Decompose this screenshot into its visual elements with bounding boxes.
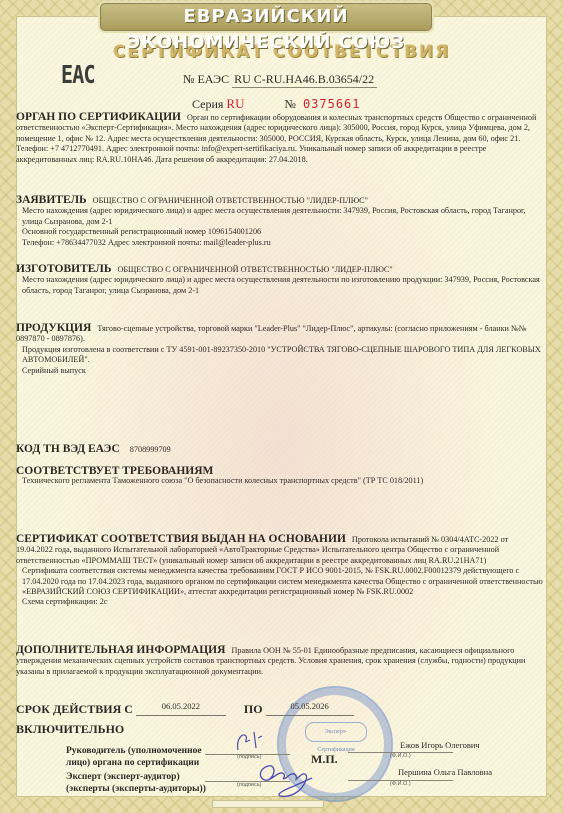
- expert-signatory-label: Эксперт (эксперт-аудитор) (эксперты (экс…: [66, 771, 206, 795]
- union-title-band: ЕВРАЗИЙСКИЙ ЭКОНОМИЧЕСКИЙ СОЮЗ: [100, 3, 432, 31]
- manufacturer-heading: ИЗГОТОВИТЕЛЬ: [16, 263, 111, 275]
- certificate-page: ЕВРАЗИЙСКИЙ ЭКОНОМИЧЕСКИЙ СОЮЗ СЕРТИФИКА…: [0, 0, 563, 813]
- additional-info-heading: ДОПОЛНИТЕЛЬНАЯ ИНФОРМАЦИЯ: [16, 644, 225, 656]
- tn-ved-heading: КОД ТН ВЭД ЕАЭС: [16, 443, 120, 455]
- applicant-heading: ЗАЯВИТЕЛЬ: [16, 194, 87, 206]
- requirements-heading: СООТВЕТСТВУЕТ ТРЕБОВАНИЯМ: [16, 466, 537, 476]
- section-basis: СЕРТИФИКАТ СООТВЕТСТВИЯ ВЫДАН НА ОСНОВАН…: [16, 534, 543, 608]
- series-label: Серия: [192, 97, 223, 111]
- series-row: Серия RU № 0375661: [192, 96, 361, 112]
- expert-label-line-1: Эксперт (эксперт-аудитор): [66, 771, 206, 783]
- validity-from-date: 06.05.2022: [136, 697, 226, 716]
- head-label-line-2: лицо) органа по сертификации: [66, 757, 202, 769]
- applicant-address: Место нахождения (адрес юридического лиц…: [22, 206, 543, 227]
- head-signatory-label: Руководитель (уполномоченное лицо) орган…: [66, 745, 202, 769]
- section-certification-body: ОРГАН ПО СЕРТИФИКАЦИИОрган по сертификац…: [16, 112, 543, 165]
- blank-number: 0375661: [303, 97, 361, 111]
- expert-handwritten-signature-icon: [250, 752, 320, 804]
- manufacturer-address: Место нахождения (адрес юридического лиц…: [22, 275, 543, 296]
- basis-scheme: Схема сертификации: 2с: [22, 597, 543, 607]
- eac-logo-icon: ЕАС: [61, 60, 95, 89]
- head-handwritten-signature-icon: [232, 728, 272, 754]
- section-requirements: СООТВЕТСТВУЕТ ТРЕБОВАНИЯМ Технического р…: [16, 466, 543, 487]
- validity-to-date: 05.05.2026: [266, 697, 354, 716]
- applicant-ogrn: Основной государственный регистрационный…: [22, 227, 543, 237]
- eaes-number-row: № ЕАЭС RU С-RU.НА46.В.03654/22: [183, 72, 377, 88]
- eaes-number: RU С-RU.НА46.В.03654/22: [232, 72, 377, 88]
- expert-signatory-name: Першина Ольга Павловна: [398, 767, 492, 777]
- validity-to-label: ПО: [244, 702, 263, 716]
- applicant-contacts: Телефон: +78634477032 Адрес электронной …: [22, 238, 543, 248]
- manufacturer-name: ОБЩЕСТВО С ОГРАНИЧЕННОЙ ОТВЕТСТВЕННОСТЬЮ…: [117, 265, 392, 274]
- section-applicant: ЗАЯВИТЕЛЬОБЩЕСТВО С ОГРАНИЧЕННОЙ ОТВЕТСТ…: [16, 195, 543, 248]
- validity-inclusive-label: ВКЛЮЧИТЕЛЬНО: [16, 720, 354, 738]
- applicant-name: ОБЩЕСТВО С ОГРАНИЧЕННОЙ ОТВЕТСТВЕННОСТЬЮ…: [93, 196, 368, 205]
- product-text: Тягово-сцепные устройства, торговой марк…: [16, 324, 527, 343]
- tn-ved-code: 8708999709: [130, 445, 171, 454]
- section-tn-ved: КОД ТН ВЭД ЕАЭС8708999709: [16, 444, 543, 455]
- head-fio-caption: (Ф.И.О.): [390, 753, 411, 759]
- product-spec: Продукция изготовлена в соответствии с Т…: [22, 345, 543, 366]
- product-heading: ПРОДУКЦИЯ: [16, 322, 91, 334]
- product-release-type: Серийный выпуск: [22, 366, 543, 376]
- expert-label-line-2: (эксперты (эксперты-аудиторы)): [66, 783, 206, 795]
- section-manufacturer: ИЗГОТОВИТЕЛЬОБЩЕСТВО С ОГРАНИЧЕННОЙ ОТВЕ…: [16, 264, 543, 296]
- head-label-line-1: Руководитель (уполномоченное: [66, 745, 202, 757]
- head-signatory-name: Ежов Игорь Олегович: [400, 740, 480, 750]
- printer-imprint-strip: [212, 800, 324, 808]
- validity-from-label: СРОК ДЕЙСТВИЯ С: [16, 702, 133, 716]
- expert-fio-caption: (Ф.И.О.): [390, 781, 411, 787]
- certification-body-heading: ОРГАН ПО СЕРТИФИКАЦИИ: [16, 111, 181, 123]
- eaes-label: № ЕАЭС: [183, 72, 229, 86]
- section-additional-info: ДОПОЛНИТЕЛЬНАЯ ИНФОРМАЦИЯПравила ООН № 5…: [16, 645, 543, 677]
- basis-heading: СЕРТИФИКАТ СООТВЕТСТВИЯ ВЫДАН НА ОСНОВАН…: [16, 533, 346, 545]
- series-value: RU: [226, 96, 244, 111]
- validity-period: СРОК ДЕЙСТВИЯ С 06.05.2022 ПО 05.05.2026…: [16, 700, 354, 738]
- requirements-text: Технического регламента Таможенного союз…: [16, 476, 543, 486]
- section-product: ПРОДУКЦИЯТягово-сцепные устройства, торг…: [16, 323, 543, 376]
- basis-qms-certificate: Сертификата соответствия системы менеджм…: [22, 566, 543, 597]
- blank-number-label: №: [284, 97, 295, 111]
